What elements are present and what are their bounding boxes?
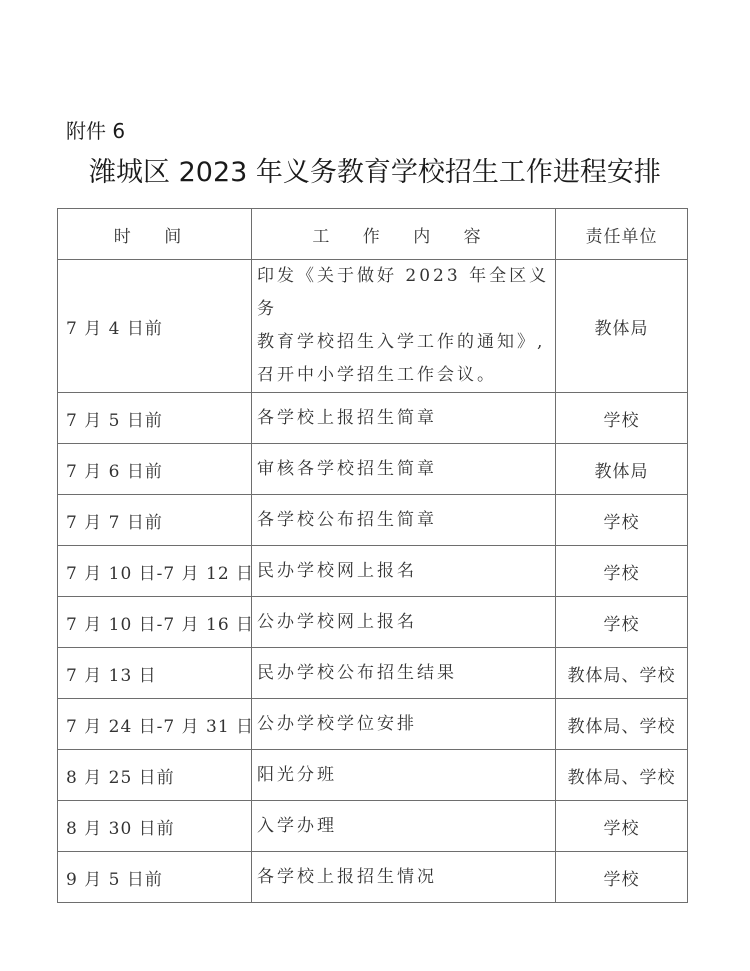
cell-content: 各学校上报招生情况: [252, 852, 556, 903]
attachment-label: 附件 6: [66, 115, 125, 144]
cell-content: 民办学校公布招生结果: [252, 648, 556, 699]
content-line: 印发《关于做好 2023 年全区义务: [257, 260, 555, 326]
table-row: 7 月 10 日-7 月 16 日 公办学校网上报名 学校: [58, 597, 688, 648]
cell-unit: 学校: [556, 546, 688, 597]
cell-time: 7 月 6 日前: [58, 444, 252, 495]
cell-unit: 教体局、学校: [556, 750, 688, 801]
cell-unit: 教体局、学校: [556, 699, 688, 750]
cell-time: 7 月 7 日前: [58, 495, 252, 546]
cell-time: 7 月 4 日前: [58, 260, 252, 393]
table-row: 7 月 4 日前 印发《关于做好 2023 年全区义务 教育学校招生入学工作的通…: [58, 260, 688, 393]
table-row: 8 月 25 日前 阳光分班 教体局、学校: [58, 750, 688, 801]
header-responsible-unit: 责任单位: [556, 209, 688, 260]
table-row: 8 月 30 日前 入学办理 学校: [58, 801, 688, 852]
cell-unit: 教体局: [556, 444, 688, 495]
cell-content: 公办学校网上报名: [252, 597, 556, 648]
cell-content: 各学校公布招生简章: [252, 495, 556, 546]
cell-content: 阳光分班: [252, 750, 556, 801]
cell-time: 7 月 10 日-7 月 12 日: [58, 546, 252, 597]
cell-unit: 学校: [556, 801, 688, 852]
schedule-table: 时 间 工 作 内 容 责任单位 7 月 4 日前 印发《关于做好 2023 年…: [57, 208, 688, 903]
cell-unit: 学校: [556, 597, 688, 648]
cell-time: 7 月 13 日: [58, 648, 252, 699]
cell-time: 9 月 5 日前: [58, 852, 252, 903]
table-row: 7 月 13 日 民办学校公布招生结果 教体局、学校: [58, 648, 688, 699]
cell-unit: 学校: [556, 852, 688, 903]
table-header-row: 时 间 工 作 内 容 责任单位: [58, 209, 688, 260]
header-content: 工 作 内 容: [252, 209, 556, 260]
cell-time: 8 月 30 日前: [58, 801, 252, 852]
table-row: 7 月 6 日前 审核各学校招生简章 教体局: [58, 444, 688, 495]
cell-content: 民办学校网上报名: [252, 546, 556, 597]
content-line: 教育学校招生入学工作的通知》,: [257, 326, 555, 359]
document-title: 潍城区 2023 年义务教育学校招生工作进程安排: [0, 150, 750, 189]
table-row: 7 月 24 日-7 月 31 日 公办学校学位安排 教体局、学校: [58, 699, 688, 750]
cell-time: 7 月 24 日-7 月 31 日: [58, 699, 252, 750]
cell-content: 入学办理: [252, 801, 556, 852]
cell-unit: 学校: [556, 393, 688, 444]
cell-content: 审核各学校招生简章: [252, 444, 556, 495]
content-line: 召开中小学招生工作会议。: [257, 359, 555, 392]
cell-time: 7 月 10 日-7 月 16 日: [58, 597, 252, 648]
cell-content: 公办学校学位安排: [252, 699, 556, 750]
cell-time: 8 月 25 日前: [58, 750, 252, 801]
table-row: 7 月 10 日-7 月 12 日 民办学校网上报名 学校: [58, 546, 688, 597]
cell-unit: 教体局: [556, 260, 688, 393]
cell-content: 印发《关于做好 2023 年全区义务 教育学校招生入学工作的通知》, 召开中小学…: [252, 260, 556, 393]
cell-unit: 学校: [556, 495, 688, 546]
table-row: 7 月 5 日前 各学校上报招生简章 学校: [58, 393, 688, 444]
table-row: 9 月 5 日前 各学校上报招生情况 学校: [58, 852, 688, 903]
header-time: 时 间: [58, 209, 252, 260]
table-row: 7 月 7 日前 各学校公布招生简章 学校: [58, 495, 688, 546]
cell-unit: 教体局、学校: [556, 648, 688, 699]
cell-time: 7 月 5 日前: [58, 393, 252, 444]
cell-content: 各学校上报招生简章: [252, 393, 556, 444]
